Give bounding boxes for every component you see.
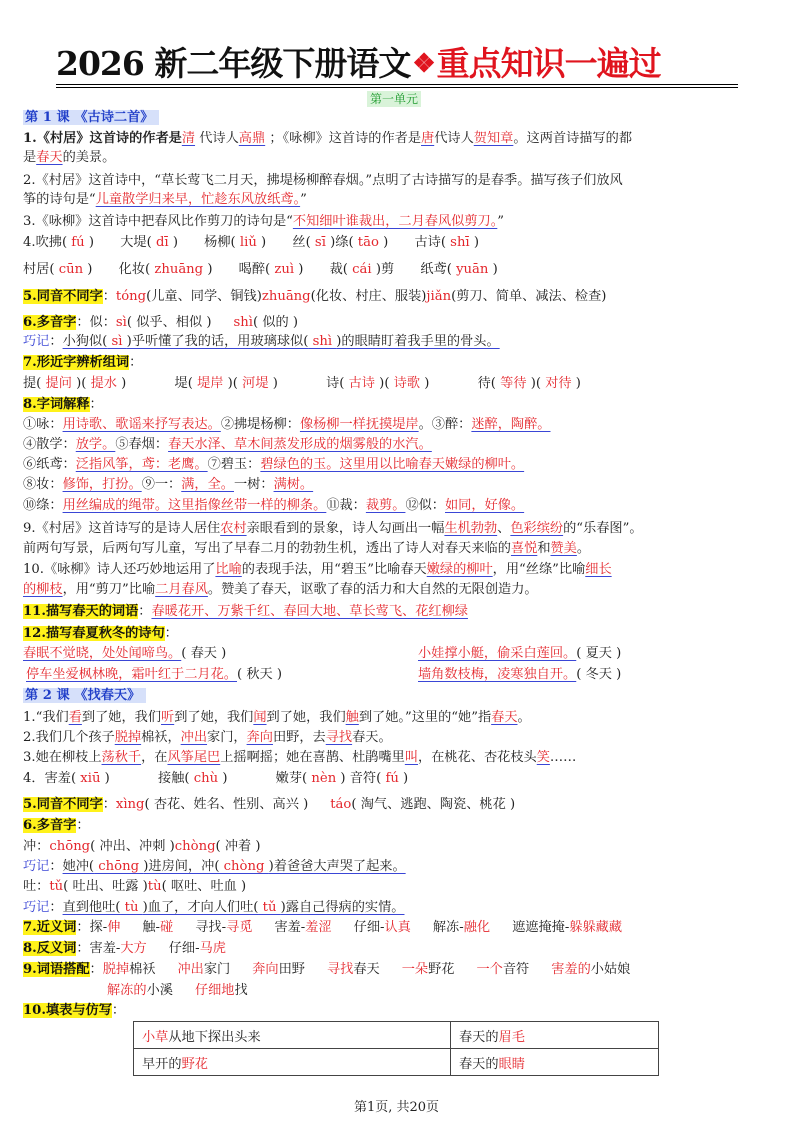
l2-q2: 2.我们几个孩子脱掉棉袄，冲出家门，奔向田野，去寻找春天。 — [23, 729, 392, 747]
text: )进房间，冲( — [143, 859, 219, 874]
answer: 看 — [69, 710, 82, 725]
term: ⑨一： — [142, 477, 182, 492]
word: 大堤( — [120, 235, 152, 250]
pinyin: cái — [348, 262, 376, 277]
section-label: 12.描写春夏秋冬的诗句 — [23, 626, 165, 641]
l1-q8-label: 8.字词解释： — [23, 396, 103, 414]
text: 3.她在柳枝上 — [23, 750, 102, 765]
table-cell: 小草从地下探出头来 — [134, 1022, 451, 1049]
pinyin: tù — [120, 900, 142, 915]
answer: 农村 — [220, 521, 246, 536]
word: 丝( — [292, 235, 310, 250]
l2-q6-tu: 吐：tǔ( 吐出、吐露 )tù( 呕吐、吐血 ) — [23, 878, 246, 896]
text: 春天的 — [459, 1030, 499, 1045]
section-label: 9.词语搭配 — [23, 962, 90, 977]
text: 筝的诗句是“ — [23, 192, 96, 207]
text: 9.《村居》这首诗写的是诗人居住 — [23, 521, 220, 536]
text: ” — [300, 192, 307, 207]
definition: 像杨柳一样抚摸堤岸 — [300, 417, 419, 432]
pinyin: xìng — [116, 797, 145, 812]
text: ( 呕吐、吐血 ) — [162, 879, 247, 894]
text: )绦( — [330, 235, 353, 250]
l1-q1a: 1.《村居》这首诗的作者是清 代诗人高鼎 ；《咏柳》这首诗的作者是唐代诗人贺知章… — [23, 130, 632, 148]
word: 村居( — [23, 262, 55, 277]
pinyin: tǔ — [258, 900, 280, 915]
pinyin: sī — [311, 235, 330, 250]
answer: 冲出 — [181, 730, 207, 745]
term: ⑧妆： — [23, 477, 63, 492]
definition: 碧绿色的玉。这里用以比喻春天嫩绿的柳叶。 — [260, 457, 524, 472]
text: 到了她。”这里的“她”指 — [359, 710, 491, 725]
text: 、 — [497, 521, 510, 536]
text: ( 冲出、冲刺 ) — [90, 839, 175, 854]
table-cell: 春天的眼睛 — [451, 1049, 659, 1076]
term: ⑥纸鸢： — [23, 457, 76, 472]
answer: 叫 — [405, 750, 418, 765]
word: 音符( — [350, 771, 382, 786]
word: 仔细- — [354, 920, 385, 935]
answer: 唐 — [421, 131, 434, 146]
section-label: 8.反义词 — [23, 941, 76, 956]
answer: 春天 — [491, 710, 517, 725]
term: ①咏： — [23, 417, 63, 432]
term: ②拂堤杨柳： — [221, 417, 300, 432]
answer: 生机勃勃 — [444, 521, 497, 536]
pinyin: fú — [381, 771, 403, 786]
text: 小溪 — [147, 983, 173, 998]
fill-in-table: 小草从地下探出头来 春天的眉毛 早开的野花 春天的眼睛 — [133, 1021, 659, 1076]
tip-label: 巧记 — [23, 334, 49, 349]
definition: 用丝编成的绳带。这里指像丝带一样的柳条。 — [63, 498, 327, 513]
section-label: 11.描写春天的词语 — [23, 604, 138, 619]
text: ( 淘气、逃跑、陶瓷、桃花 ) — [351, 797, 515, 812]
l1-q1b: 是春天的美景。 — [23, 149, 115, 167]
text: 亲眼看到的景象，诗人勾画出一幅 — [247, 521, 445, 536]
text: 10.《咏柳》诗人还巧妙地运用了 — [23, 562, 215, 577]
l1-q12-row2b: 墙角数枝梅，凌寒独自开。( 冬天 ) — [418, 666, 621, 684]
text: )的眼睛盯着我手里的骨头。 — [336, 334, 499, 349]
page-footer: 第1页, 共20页 — [0, 1096, 793, 1115]
text: 到了她，我们 — [174, 710, 253, 725]
answer: 眼睛 — [499, 1057, 525, 1072]
l2-q10-label: 10.填表与仿写： — [23, 1002, 125, 1020]
text: 早开的 — [142, 1057, 182, 1072]
l1-q12-row1: 春眠不觉晓，处处闻啼鸟。( 春天 ) — [23, 645, 226, 663]
text: 。赞美了春天，讴歌了春的活力和大自然的无限创造力。 — [208, 582, 538, 597]
season: ( 夏天 ) — [576, 646, 621, 661]
word: 古诗( — [414, 235, 446, 250]
definition: 放学。 — [76, 437, 116, 452]
pinyin: cūn — [55, 262, 88, 277]
poem-line: 小娃撑小艇，偷采白莲回。 — [418, 646, 576, 661]
pinyin: tóng — [116, 289, 146, 304]
answer: 喜悦 — [511, 541, 537, 556]
text: ( 吐出、吐露 ) — [63, 879, 148, 894]
answer: 寻找 — [326, 730, 352, 745]
term: ⑪裁： — [326, 498, 366, 513]
text: ( 杏花、姓名、性别、高兴 ) — [145, 797, 309, 812]
l1-q5: 5.同音不同字：tóng(儿童、同学、铜钱)zhuāng(化妆、村庄、服装)ji… — [23, 288, 606, 306]
season: ( 冬天 ) — [576, 667, 621, 682]
answer: 奔向 — [247, 730, 273, 745]
answer: 眉毛 — [499, 1030, 525, 1045]
collocation-word: 奔向 — [252, 962, 278, 977]
text: ) — [222, 771, 227, 786]
pinyin: tǔ — [49, 879, 63, 894]
l2-q5: 5.同音不同字：xìng( 杏花、姓名、性别、高兴 )táo( 淘气、逃跑、陶瓷… — [23, 796, 515, 814]
pinyin: zuì — [270, 262, 298, 277]
l1-q4b: 村居( cūn ) 化妆( zhuāng ) 喝醉( zuì ) 裁( cái … — [23, 261, 498, 279]
pinyin: táo — [330, 797, 351, 812]
diamond-icon: ❖ — [412, 49, 434, 79]
word: 接触( — [158, 771, 190, 786]
text: )剪 — [376, 262, 394, 277]
text: 直到他吐( — [63, 900, 121, 915]
l2-q1: 1.“我们看到了她，我们听到了她，我们闻到了她，我们触到了她。”这里的“她”指春… — [23, 709, 531, 727]
text: 春天。 — [352, 730, 392, 745]
text: 。这两首诗描写的都 — [513, 131, 632, 146]
text: ) — [474, 235, 479, 250]
l2-q6-tu-tip: 巧记：直到他吐( tù )血了，才向人们吐( tǔ )露自己得病的实情。 — [23, 899, 404, 917]
answer: 儿童散学归来早，忙趁东风放纸鸢。 — [96, 192, 300, 207]
text: 和 — [537, 541, 550, 556]
synonym: 躲躲藏藏 — [569, 920, 622, 935]
text: )血了，才向人们吐( — [143, 900, 259, 915]
text: 家门， — [207, 730, 247, 745]
answer: 的柳枝 — [23, 582, 63, 597]
l1-q2b: 筝的诗句是“儿童散学归来早，忙趁东风放纸鸢。” — [23, 191, 307, 209]
answer: 触 — [346, 710, 359, 725]
collocation-word: 解冻的 — [107, 983, 147, 998]
text: )着爸爸大声哭了起来。 — [269, 859, 406, 874]
collocation-word: 一个 — [476, 962, 502, 977]
text: 野花 — [428, 962, 454, 977]
char: 诗( — [326, 376, 344, 391]
synonym: 伸 — [107, 920, 120, 935]
text: ) — [105, 771, 110, 786]
section-label: 6.多音字 — [23, 818, 76, 833]
definition: 如同，好像。 — [445, 498, 524, 513]
text: 2.我们几个孩子 — [23, 730, 115, 745]
word: 化妆( — [119, 262, 151, 277]
definition: 春天水泽、草木间蒸发形成的烟雾般的水汽。 — [168, 437, 432, 452]
answer: 比喻 — [215, 562, 241, 577]
text: 小姑娘 — [591, 962, 631, 977]
pinyin: shì — [234, 315, 253, 330]
text: 2.《村居》这首诗中，“草长莺飞二月天，拂堤杨柳醉春烟。”点明了古诗描写的是春季… — [23, 173, 623, 188]
word: 杨柳( — [204, 235, 236, 250]
document-page: 2026 新二年级下册语文❖重点知识一遍过 第一单元 第 1 课 《古诗二首》 … — [0, 0, 793, 1122]
text: ；《咏柳》这首诗的作者是 — [265, 131, 421, 146]
text: ) — [261, 235, 266, 250]
pinyin: chòng — [175, 839, 216, 854]
text: 3.《咏柳》这首诗中把春风比作剪刀的诗句是“ — [23, 214, 293, 229]
pinyin: sì — [107, 334, 126, 349]
text: 的“乐春图”。 — [563, 521, 642, 536]
answer: 二月春风 — [155, 582, 208, 597]
text: ，在 — [141, 750, 167, 765]
lesson2-header: 第 2 课 《找春天》 — [23, 688, 146, 703]
pinyin: jiǎn — [426, 289, 451, 304]
text: 代诗人 — [195, 131, 239, 146]
section-label: 6.多音字 — [23, 315, 76, 330]
poem-line: 停车坐爱枫林晚，霜叶红于二月花。 — [26, 667, 237, 682]
text: ) — [207, 262, 212, 277]
word: 诗歌 — [389, 376, 424, 391]
text: 的表现手法，用“碧玉”比喻春天 — [242, 562, 427, 577]
term: ⑤春烟： — [115, 437, 168, 452]
pinyin: nèn — [307, 771, 340, 786]
text: ) — [403, 771, 408, 786]
char: 提( — [23, 376, 41, 391]
text: 她冲( — [63, 859, 95, 874]
l1-q4a: 4.吹拂( fú ) 大堤( dī ) 杨柳( liǔ ) 丝( sī )绦( … — [23, 234, 479, 252]
collocation-word: 仔细地 — [195, 983, 235, 998]
text: )乎听懂了我的话，用玻璃球似( — [127, 334, 309, 349]
answer: 嫩绿的柳叶 — [427, 562, 493, 577]
pinyin: zhuāng — [150, 262, 207, 277]
definition: 泛指风筝，鸢：老鹰。 — [76, 457, 208, 472]
word: 对待 — [541, 376, 576, 391]
section-label: 7.近义词 — [23, 920, 76, 935]
table-row: 小草从地下探出头来 春天的眉毛 — [134, 1022, 659, 1049]
word: 害羞- — [90, 941, 121, 956]
answer: 春暖花开、万紫千红、春回大地、草长莺飞、花红柳绿 — [151, 604, 468, 619]
text: 音符 — [503, 962, 529, 977]
l2-q6-label: 6.多音字： — [23, 817, 90, 835]
l1-q8-l5: ⑩绦：用丝编成的绳带。这里指像丝带一样的柳条。⑪裁：裁剪。⑫似：如同，好像。 — [23, 497, 524, 515]
answer: 高鼎 — [239, 131, 265, 146]
text: 。 — [577, 541, 590, 556]
text: ) — [340, 771, 345, 786]
term: 。③醉： — [419, 417, 472, 432]
pinyin: liǔ — [236, 235, 261, 250]
text: 小狗似( — [63, 334, 108, 349]
definition: 满树。 — [274, 477, 314, 492]
season: ( 春天 ) — [181, 646, 226, 661]
text: )露自己得病的实情。 — [281, 900, 405, 915]
word: 纸鸢( — [420, 262, 452, 277]
text: ( 似的 ) — [253, 315, 298, 330]
l1-q12-row2: 停车坐爱枫林晚，霜叶红于二月花。( 秋天 ) — [26, 666, 282, 684]
section-label: 8.字词解释 — [23, 397, 90, 412]
answer: 清 — [182, 131, 195, 146]
word: 等待 — [496, 376, 531, 391]
text: 从地下探出头来 — [168, 1030, 260, 1045]
answer: 荡秋千 — [102, 750, 142, 765]
word: 嫩芽( — [276, 771, 308, 786]
text: 。 — [518, 710, 531, 725]
text: 到了她，我们 — [82, 710, 161, 725]
definition: 迷醉，陶醉。 — [471, 417, 550, 432]
word: 遮遮掩掩- — [512, 920, 569, 935]
collocation-word: 一朵 — [402, 962, 428, 977]
word: 探- — [90, 920, 108, 935]
section-label: 7.形近字辨析组词 — [23, 355, 129, 370]
text: (剪刀、简单、减法、检查) — [451, 289, 606, 304]
lesson2-header-line: 第 2 课 《找春天》 — [23, 687, 146, 705]
text: 1.“我们 — [23, 710, 69, 725]
pinyin: chōng — [94, 859, 143, 874]
table-cell: 早开的野花 — [134, 1049, 451, 1076]
l1-q11: 11.描写春天的词语：春暖花开、万紫千红、春回大地、草长莺飞、花红柳绿 — [23, 603, 468, 621]
l2-q7: 7.近义词：探-伸触-碰寻找-寻觅害羞-羞涩仔细-认真解冻-融化遮遮掩掩-躲躲藏… — [23, 919, 622, 937]
l2-q9-row2: 解冻的小溪仔细地找 — [107, 982, 248, 1000]
l2-q9-row1: 9.词语搭配：脱掉棉袄冲出家门奔向田野寻找春天一朵野花一个音符害羞的小姑娘 — [23, 961, 630, 979]
answer: 听 — [161, 710, 174, 725]
l1-q7-groups: 提( 提问 )( 提水 ) 堤( 堤岸 )( 河堤 ) 诗( 古诗 )( 诗歌 … — [23, 375, 581, 393]
text: 是 — [23, 150, 36, 165]
answer: 野花 — [182, 1057, 208, 1072]
text: ) — [493, 262, 498, 277]
text: ，用“剪刀”比喻 — [63, 582, 156, 597]
text: 的美景。 — [63, 150, 116, 165]
page-title: 2026 新二年级下册语文❖重点知识一遍过 — [56, 44, 738, 88]
l1-q7-label: 7.形近字辨析组词： — [23, 354, 142, 372]
pinyin: chōng — [49, 839, 90, 854]
term: ⑩绦： — [23, 498, 63, 513]
text: (儿童、同学、铜钱) — [146, 289, 262, 304]
pinyin: shì — [308, 334, 336, 349]
text: ( 似乎、相似 ) — [127, 315, 212, 330]
synonym: 羞涩 — [305, 920, 331, 935]
l1-q12-row1b: 小娃撑小艇，偷采白莲回。( 夏天 ) — [418, 645, 621, 663]
answer: 不知细叶谁裁出，二月春风似剪刀。 — [293, 214, 497, 229]
text: 1.《村居》这首诗的作者是 — [23, 131, 182, 146]
tip-label: 巧记 — [23, 859, 49, 874]
section-label: 10.填表与仿写 — [23, 1003, 112, 1018]
word: 解冻- — [433, 920, 464, 935]
answer: 风筝尾巴 — [167, 750, 220, 765]
word: 喝醉( — [239, 262, 271, 277]
answer: 赞美 — [551, 541, 577, 556]
text: ) — [383, 235, 388, 250]
pinyin: tāo — [354, 235, 384, 250]
text: ) — [298, 262, 303, 277]
text: 田野，去 — [273, 730, 326, 745]
synonym: 认真 — [385, 920, 411, 935]
word: 寻找- — [195, 920, 226, 935]
text: 找 — [235, 983, 248, 998]
word: 提问 — [41, 376, 76, 391]
word: 河堤 — [238, 376, 273, 391]
answer: 色彩缤纷 — [510, 521, 563, 536]
text: 家门 — [204, 962, 230, 977]
l1-q10a: 10.《咏柳》诗人还巧妙地运用了比喻的表现手法，用“碧玉”比喻春天嫩绿的柳叶，用… — [23, 561, 612, 579]
l1-q8-l3: ⑥纸鸢：泛指风筝，鸢：老鹰。⑦碧玉：碧绿色的玉。这里用以比喻春天嫩绿的柳叶。 — [23, 456, 524, 474]
l1-q9b: 前两句写景，后两句写儿童，写出了早春二月的勃勃生机，透出了诗人对春天来临的喜悦和… — [23, 540, 590, 558]
pinyin: tù — [148, 879, 162, 894]
pinyin: chù — [190, 771, 223, 786]
text: ，在桃花、杏花枝头 — [418, 750, 537, 765]
text: 春天的 — [459, 1057, 499, 1072]
text: 上摇啊摇；她在喜鹊、杜鹃嘴里 — [220, 750, 405, 765]
pinyin: zhuāng — [262, 289, 311, 304]
l1-q3: 3.《咏柳》这首诗中把春风比作剪刀的诗句是“不知细叶谁裁出，二月春风似剪刀。” — [23, 213, 504, 231]
word: 古诗 — [344, 376, 379, 391]
word: 触- — [142, 920, 160, 935]
synonym: 碰 — [160, 920, 173, 935]
word: 堤岸 — [193, 376, 228, 391]
l1-q10b: 的柳枝，用“剪刀”比喻二月春风。赞美了春天，讴歌了春的活力和大自然的无限创造力。 — [23, 581, 538, 599]
table-cell: 春天的眉毛 — [451, 1022, 659, 1049]
text: ：似： — [76, 315, 116, 330]
antonym: 大方 — [120, 941, 146, 956]
synonym: 寻觅 — [226, 920, 252, 935]
text: ) — [87, 262, 92, 277]
l1-q9a: 9.《村居》这首诗写的是诗人居住农村亲眼看到的景象，诗人勾画出一幅生机勃勃、色彩… — [23, 520, 643, 538]
collocation-word: 害羞的 — [551, 962, 591, 977]
title-black: 2026 新二年级下册语文 — [56, 44, 410, 83]
term: ④散学： — [23, 437, 76, 452]
section-label: 5.同音不同字 — [23, 289, 103, 304]
word: 4．害羞( — [23, 771, 76, 786]
poem-line: 春眠不觉晓，处处闻啼鸟。 — [23, 646, 181, 661]
poem-line: 墙角数枝梅，凌寒独自开。 — [418, 667, 576, 682]
l1-q8-l1: ①咏：用诗歌、歌谣来抒写表达。②拂堤杨柳：像杨柳一样抚摸堤岸。③醉：迷醉，陶醉。 — [23, 416, 551, 434]
word: 提水 — [86, 376, 121, 391]
l1-q8-l2: ④散学：放学。⑤春烟：春天水泽、草木间蒸发形成的烟雾般的水汽。 — [23, 436, 432, 454]
word: 4.吹拂( — [23, 235, 67, 250]
l1-q8-l4: ⑧妆：修饰，打扮。⑨一：满，全。一树：满树。 — [23, 476, 313, 494]
antonym: 马虎 — [200, 941, 226, 956]
text: 棉袄 — [129, 962, 155, 977]
l2-q6-chong-tip: 巧记：她冲( chōng )进房间，冲( chòng )着爸爸大声哭了起来。 — [23, 858, 406, 876]
definition: 修饰，打扮。 — [63, 477, 142, 492]
section-label: 5.同音不同字 — [23, 797, 103, 812]
answer: 小草 — [142, 1030, 168, 1045]
definition: 用诗歌、歌谣来抒写表达。 — [63, 417, 221, 432]
season: ( 秋天 ) — [237, 667, 282, 682]
text: (化妆、村庄、服装) — [311, 289, 427, 304]
word: 裁( — [330, 262, 348, 277]
text: ) — [173, 235, 178, 250]
lesson1-header-line: 第 1 课 《古诗二首》 — [23, 109, 159, 127]
text: ” — [497, 214, 504, 229]
answer: 细长 — [585, 562, 611, 577]
char: 堤( — [175, 376, 193, 391]
term: ⑫似： — [405, 498, 445, 513]
l1-q2a: 2.《村居》这首诗中，“草长莺飞二月天，拂堤杨柳醉春烟。”点明了古诗描写的是春季… — [23, 172, 623, 190]
text: 前两句写景，后两句写儿童，写出了早春二月的勃勃生机，透出了诗人对春天来临的 — [23, 541, 511, 556]
term: 一树： — [234, 477, 274, 492]
l2-q3: 3.她在柳枝上荡秋千，在风筝尾巴上摇啊摇；她在喜鹊、杜鹃嘴里叫，在桃花、杏花枝头… — [23, 749, 576, 767]
collocation-word: 冲出 — [177, 962, 203, 977]
char: 吐： — [23, 879, 49, 894]
synonym: 融化 — [464, 920, 490, 935]
answer: 春天 — [36, 150, 62, 165]
answer: 贺知章 — [474, 131, 514, 146]
char: 冲： — [23, 839, 49, 854]
text: 代诗人 — [434, 131, 474, 146]
answer: 笑 — [537, 750, 550, 765]
definition: 裁剪。 — [366, 498, 406, 513]
pinyin: xiū — [76, 771, 105, 786]
l2-q6-chong: 冲：chōng( 冲出、冲刺 )chòng( 冲着 ) — [23, 838, 261, 856]
collocation-word: 寻找 — [327, 962, 353, 977]
pinyin: chòng — [219, 859, 268, 874]
table-row: 早开的野花 春天的眼睛 — [134, 1049, 659, 1076]
text: 田野 — [279, 962, 305, 977]
l2-q8: 8.反义词：害羞-大方仔细-马虎 — [23, 940, 226, 958]
text: ，用“丝绦”比喻 — [493, 562, 586, 577]
l2-q4: 4．害羞( xiū ) 接触( chù ) 嫩芽( nèn ) 音符( fú ) — [23, 770, 408, 788]
term: ⑦碧玉： — [208, 457, 261, 472]
pinyin: dī — [152, 235, 173, 250]
l1-q6-tip: 巧记：小狗似( sì )乎听懂了我的话，用玻璃球似( shì )的眼睛盯着我手里… — [23, 333, 500, 351]
pinyin: fú — [67, 235, 89, 250]
l1-q6: 6.多音字：似：sì( 似乎、相似 )shì( 似的 ) — [23, 314, 298, 332]
